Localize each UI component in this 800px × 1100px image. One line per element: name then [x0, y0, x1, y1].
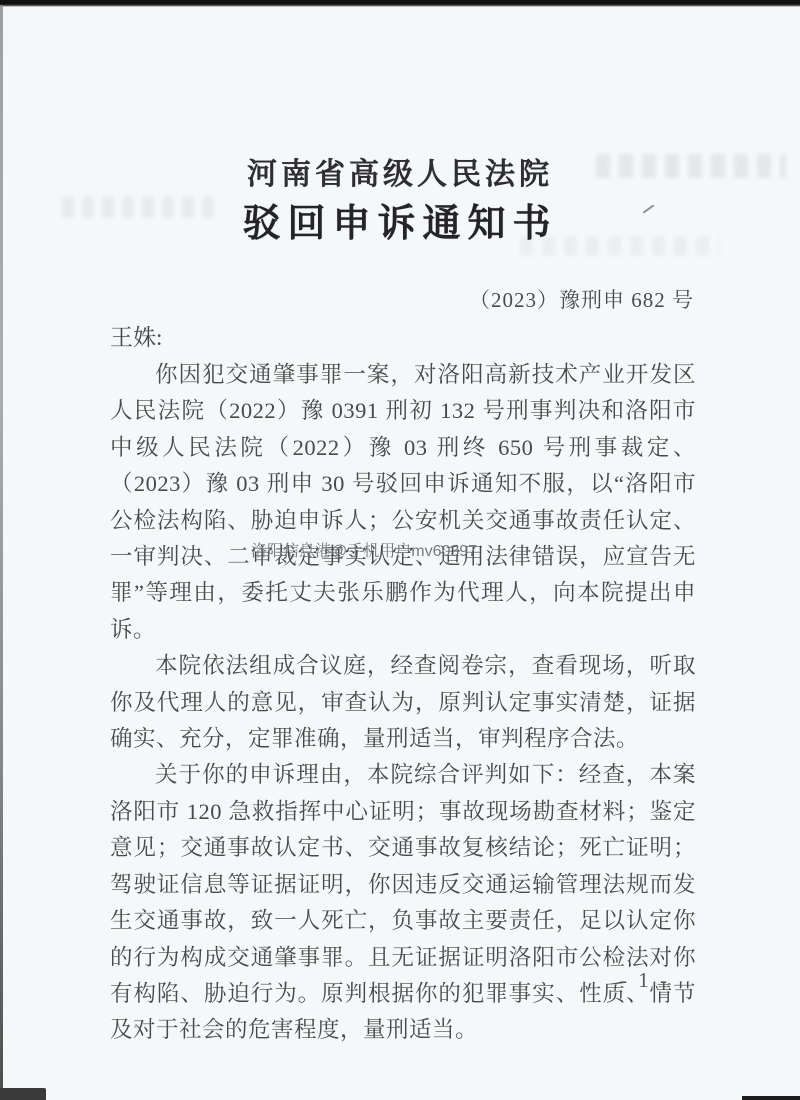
case-number: （2023）豫刑申 682 号: [110, 284, 696, 316]
scan-corner-artifact: [0, 1088, 46, 1100]
recipient-name: 王姝:: [110, 318, 696, 357]
page-number: - 1 -: [620, 968, 670, 993]
paragraph-evaluation: 关于你的申诉理由，本院综合评判如下：经查，本案洛阳市 120 急救指挥中心证明；…: [110, 757, 696, 1048]
body-paragraphs: 你因犯交通肇事罪一案，对洛阳高新技术产业开发区人民法院（2022）豫 0391 …: [110, 357, 696, 1049]
scan-edge-top: [0, 0, 800, 7]
document-title: 驳回申诉通知书: [0, 192, 800, 247]
court-name: 河南省高级人民法院: [0, 149, 800, 193]
paragraph-court-review: 本院依法组成合议庭，经查阅卷宗，查看现场，听取你及代理人的意见，审查认为，原判认…: [110, 648, 696, 757]
scan-edge-bottom-right: [742, 1096, 800, 1100]
document-body: （2023）豫刑申 682 号 王姝: 你因犯交通肇事罪一案，对洛阳高新技术产业…: [110, 284, 696, 1049]
scanned-document-page: 河南省高级人民法院 驳回申诉通知书 （2023）豫刑申 682 号 王姝: 你因…: [0, 0, 800, 1100]
paragraph-appeal-grounds: 你因犯交通肇事罪一案，对洛阳高新技术产业开发区人民法院（2022）豫 0391 …: [110, 357, 696, 648]
